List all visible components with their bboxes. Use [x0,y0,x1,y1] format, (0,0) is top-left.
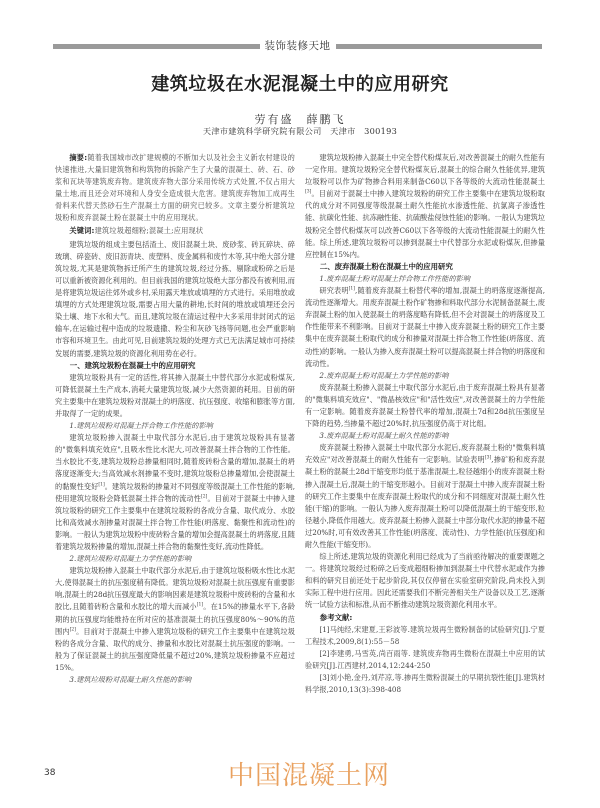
references-heading: 参考文献: [305,612,545,624]
section-label: 装饰装修天地 [260,40,336,52]
section-2-sub1-text: 研究表明[1],随着废弃混凝土粉替代率的增加,混凝土的坍落度逐渐提高,流动性逐渐… [305,285,545,370]
reference-item: [3]刘小艳,金丹,刘芹凉,等.掺再生微粉混凝土的早期抗裂性能[J].建筑材料学… [305,672,545,696]
section-1-sub2-heading: 2.建筑垃圾粉对混凝土力学性能的影响 [55,553,295,565]
section-1-intro: 建筑垃圾粉具有一定的活性,将其掺入混凝土中替代部分水泥或粉煤灰,可降低混凝土生产… [55,372,295,420]
abstract-text: 随着我国城市改扩建规模的不断加大以及社会主义新农村建设的快速推进,大量旧建筑物和… [55,153,295,222]
section-1-sub1-heading: 1.建筑垃圾粉对混凝土拌合物工作性能的影响 [55,420,295,432]
section-2-sub3-text: 废弃混凝土粉掺入混凝土中取代部分水泥后,废弃混凝土粉的"微集料填充效应"对改善混… [305,442,545,551]
keywords: 关键词:建筑垃圾超细粉;混凝土;应用现状 [55,225,295,237]
watermark-logo: 中国混凝土网 [228,755,390,792]
reference-item: [2]李建勇,马雪英,尚百雨等. 建筑废弃物再生微粉在混凝土中应用的试验研究[J… [305,648,545,672]
reference-item: [1]马纯经,宋建夏,王彩波等.建筑垃圾再生微粉制备的试验研究[J].宁夏工程技… [305,624,545,648]
section-2-sub2-text: 废弃混凝土粉掺入混凝土中取代部分水泥后,由于废弃混凝土粉具有显著的"微集料填充效… [305,382,545,430]
keywords-label: 关键词: [69,226,94,235]
section-1-sub3-text: 建筑垃圾粉掺入混凝土中完全替代粉煤灰后,对改善混凝土的耐久性能有一定作用。建筑垃… [305,152,545,261]
section-2-sub2-heading: 2.废弃混凝土粉对混凝土力学性能的影响 [305,370,545,382]
author-affiliation: 天津市建筑科学研究院有限公司 天津市 300193 [0,126,600,137]
section-1-sub1-text: 建筑垃圾粉掺入混凝土中取代部分水泥后,由于建筑垃圾粉具有显著的"微集料填充效应"… [55,432,295,553]
section-1-sub3-heading: 3.建筑垃圾粉对混凝土耐久性能的影响 [55,674,295,686]
abstract-label: 摘要: [69,153,87,162]
keywords-text: 建筑垃圾超细粉;混凝土;应用现状 [95,226,204,235]
right-column: 建筑垃圾粉掺入混凝土中完全替代粉煤灰后,对改善混凝土的耐久性能有一定作用。建筑垃… [305,152,545,696]
header-rule-right [336,44,543,49]
section-2-sub1-heading: 1.废弃混凝土粉对混凝土拌合物工作性能的影响 [305,273,545,285]
header-rule-left [53,44,260,49]
article-title: 建筑垃圾在水泥混凝土中的应用研究 [0,70,600,96]
article-authors: 劳有盛 薛鹏飞 [0,111,600,127]
section-1-heading: 一、建筑垃圾粉在混凝土中的应用研究 [55,360,295,372]
section-2-heading: 二、废弃混凝土粉在混凝土中的应用研究 [305,261,545,273]
abstract: 摘要:随着我国城市改扩建规模的不断加大以及社会主义新农村建设的快速推进,大量旧建… [55,152,295,225]
page-number: 38 [44,768,55,778]
journal-section-header: 装饰装修天地 [53,40,542,52]
section-2-sub3-heading: 3.废弃混凝土粉对混凝土耐久性能的影响 [305,430,545,442]
left-column: 摘要:随着我国城市改扩建规模的不断加大以及社会主义新农村建设的快速推进,大量旧建… [55,152,295,686]
intro-paragraph: 建筑垃圾的组成主要包括渣土、废旧混凝土块、废砂浆、砖瓦碎块、碎玻璃、碎瓷砖、废旧… [55,239,295,360]
conclusion-paragraph: 综上所述,建筑垃圾的资源化利用已经成为了当前亟待解决的重要课题之一。将建筑垃圾经… [305,551,545,611]
section-1-sub2-text: 建筑垃圾粉掺入混凝土中取代部分水泥后,由于建筑垃圾粉吸水性比水泥大,使得混凝土的… [55,565,295,674]
